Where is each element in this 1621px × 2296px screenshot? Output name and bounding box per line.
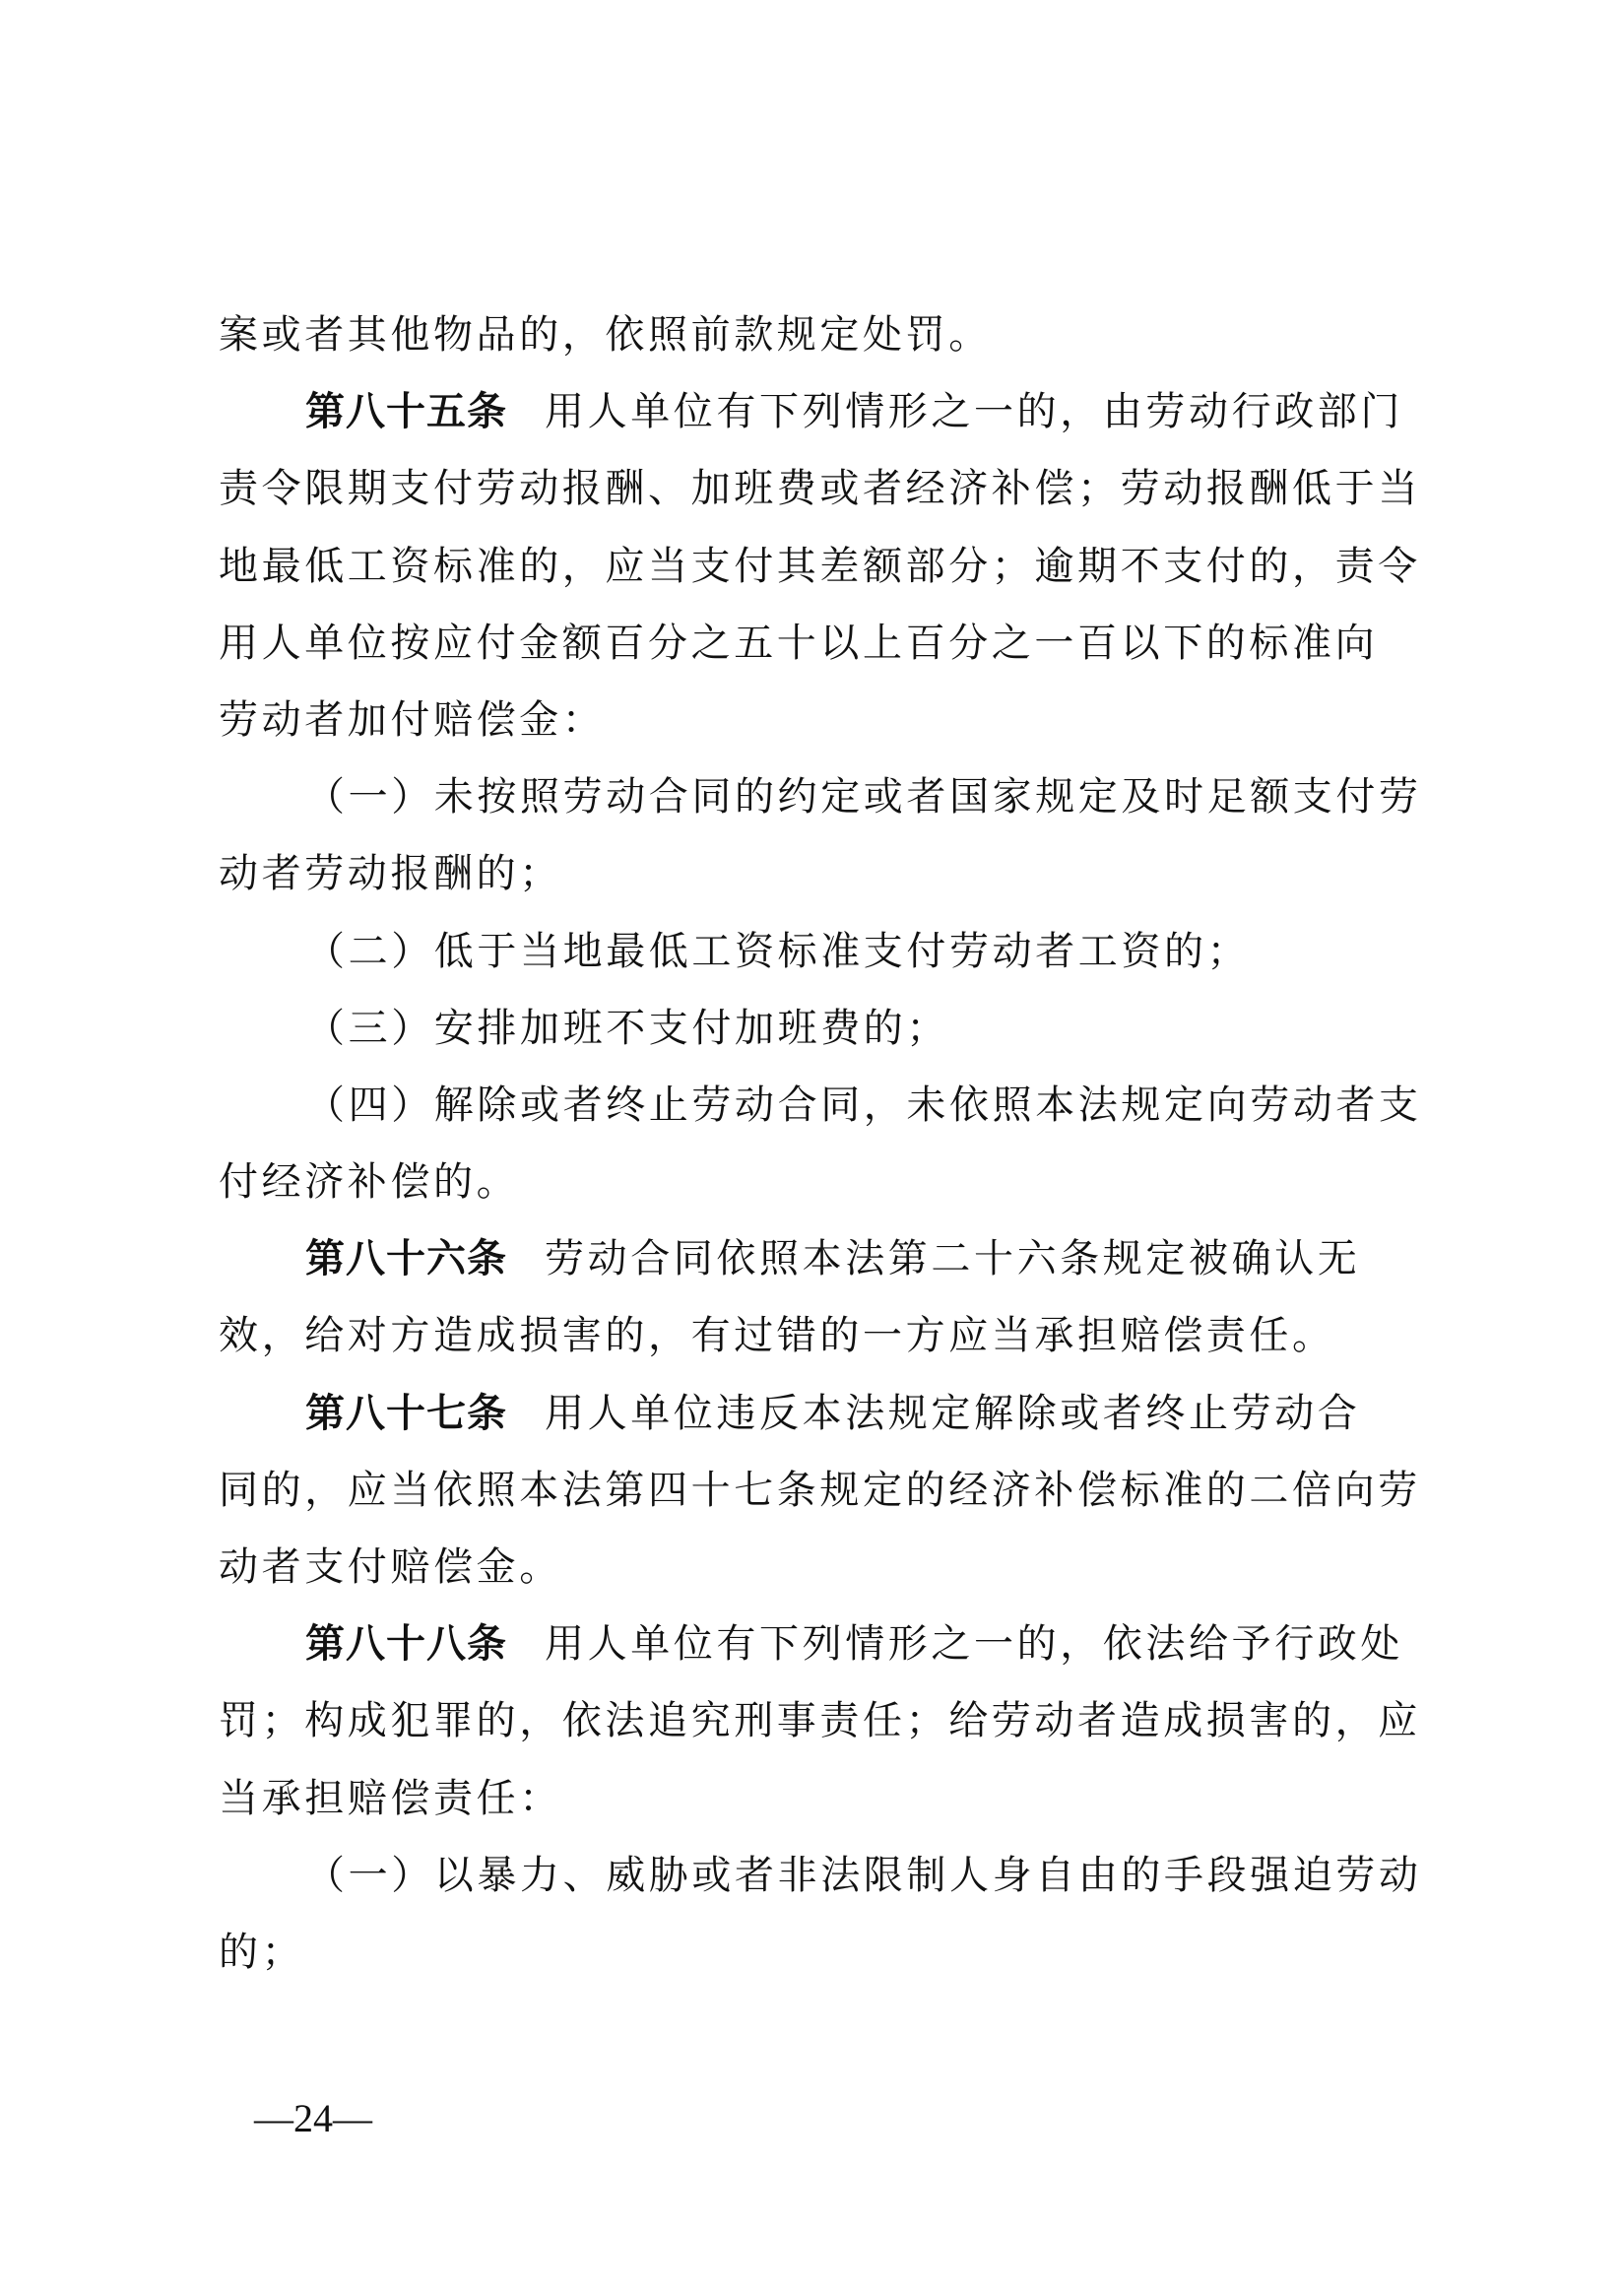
text-line: （四）解除或者终止劳动合同，未依照本法规定向劳动者支 <box>219 1067 1422 1144</box>
article-number: 第八十六条 <box>305 1236 507 1281</box>
text-line: 案或者其他物品的，依照前款规定处罚。 <box>219 296 1422 373</box>
text-line: 当承担赔偿责任： <box>219 1760 1422 1837</box>
line-text: 用人单位按应付金额百分之五十以上百分之一百以下的标准向 <box>219 621 1378 666</box>
text-line: （一）未按照劳动合同的约定或者国家规定及时足额支付劳 <box>219 758 1422 835</box>
article-number: 第八十七条 <box>305 1391 507 1436</box>
text-line: 地最低工资标准的，应当支付其差额部分；逾期不支付的，责令 <box>219 528 1422 605</box>
article-number: 第八十五条 <box>305 389 507 434</box>
text-line: 付经济补偿的。 <box>219 1144 1422 1220</box>
line-text: 的； <box>219 1930 304 1975</box>
line-text: 劳动合同依照本法第二十六条规定被确认无 <box>545 1236 1360 1281</box>
line-text: （四）解除或者终止劳动合同，未依照本法规定向劳动者支 <box>305 1082 1422 1128</box>
article-heading-line: 第八十七条用人单位违反本法规定解除或者终止劳动合 <box>219 1375 1422 1452</box>
text-line: 罚；构成犯罪的，依法追究刑事责任；给劳动者造成损害的，应 <box>219 1682 1422 1759</box>
text-line: 劳动者加付赔偿金： <box>219 682 1422 758</box>
article-heading-line: 第八十八条用人单位有下列情形之一的，依法给予行政处 <box>219 1606 1422 1682</box>
line-text: 用人单位有下列情形之一的，由劳动行政部门 <box>545 389 1403 434</box>
line-text: 用人单位违反本法规定解除或者终止劳动合 <box>545 1391 1360 1436</box>
text-line: 同的，应当依照本法第四十七条规定的经济补偿标准的二倍向劳 <box>219 1452 1422 1529</box>
line-text: 用人单位有下列情形之一的，依法给予行政处 <box>545 1621 1403 1667</box>
page-number: —24— <box>254 2095 372 2142</box>
line-text: （一）以暴力、威胁或者非法限制人身自由的手段强迫劳动 <box>305 1853 1422 1898</box>
text-line: 用人单位按应付金额百分之五十以上百分之一百以下的标准向 <box>219 605 1422 682</box>
line-text: 同的，应当依照本法第四十七条规定的经济补偿标准的二倍向劳 <box>219 1468 1421 1513</box>
line-text: 责令限期支付劳动报酬、加班费或者经济补偿；劳动报酬低于当 <box>219 466 1421 511</box>
line-text: 罚；构成犯罪的，依法追究刑事责任；给劳动者造成损害的，应 <box>219 1698 1421 1743</box>
line-text: （三）安排加班不支付加班费的； <box>305 1006 949 1051</box>
article-number: 第八十八条 <box>305 1621 507 1667</box>
text-line: （三）安排加班不支付加班费的； <box>219 990 1422 1067</box>
text-line: 动者支付赔偿金。 <box>219 1529 1422 1606</box>
document-page: 案或者其他物品的，依照前款规定处罚。第八十五条用人单位有下列情形之一的，由劳动行… <box>0 0 1621 2296</box>
line-text: 地最低工资标准的，应当支付其差额部分；逾期不支付的，责令 <box>219 544 1421 589</box>
line-text: 劳动者加付赔偿金： <box>219 697 605 743</box>
line-text: 当承担赔偿责任： <box>219 1776 562 1821</box>
line-text: 案或者其他物品的，依照前款规定处罚。 <box>219 312 992 358</box>
line-text: （一）未按照劳动合同的约定或者国家规定及时足额支付劳 <box>305 774 1422 820</box>
text-line: 责令限期支付劳动报酬、加班费或者经济补偿；劳动报酬低于当 <box>219 450 1422 527</box>
text-line: （一）以暴力、威胁或者非法限制人身自由的手段强迫劳动 <box>219 1837 1422 1914</box>
document-body: 案或者其他物品的，依照前款规定处罚。第八十五条用人单位有下列情形之一的，由劳动行… <box>219 296 1422 1991</box>
text-line: 动者劳动报酬的； <box>219 835 1422 912</box>
text-line: 效，给对方造成损害的，有过错的一方应当承担赔偿责任。 <box>219 1297 1422 1374</box>
text-line: （二）低于当地最低工资标准支付劳动者工资的； <box>219 913 1422 990</box>
line-text: （二）低于当地最低工资标准支付劳动者工资的； <box>305 929 1250 974</box>
article-heading-line: 第八十六条劳动合同依照本法第二十六条规定被确认无 <box>219 1220 1422 1297</box>
text-line: 的； <box>219 1914 1422 1991</box>
line-text: 付经济补偿的。 <box>219 1159 519 1205</box>
line-text: 效，给对方造成损害的，有过错的一方应当承担赔偿责任。 <box>219 1313 1335 1358</box>
article-heading-line: 第八十五条用人单位有下列情形之一的，由劳动行政部门 <box>219 373 1422 450</box>
line-text: 动者支付赔偿金。 <box>219 1544 562 1590</box>
line-text: 动者劳动报酬的； <box>219 851 562 896</box>
